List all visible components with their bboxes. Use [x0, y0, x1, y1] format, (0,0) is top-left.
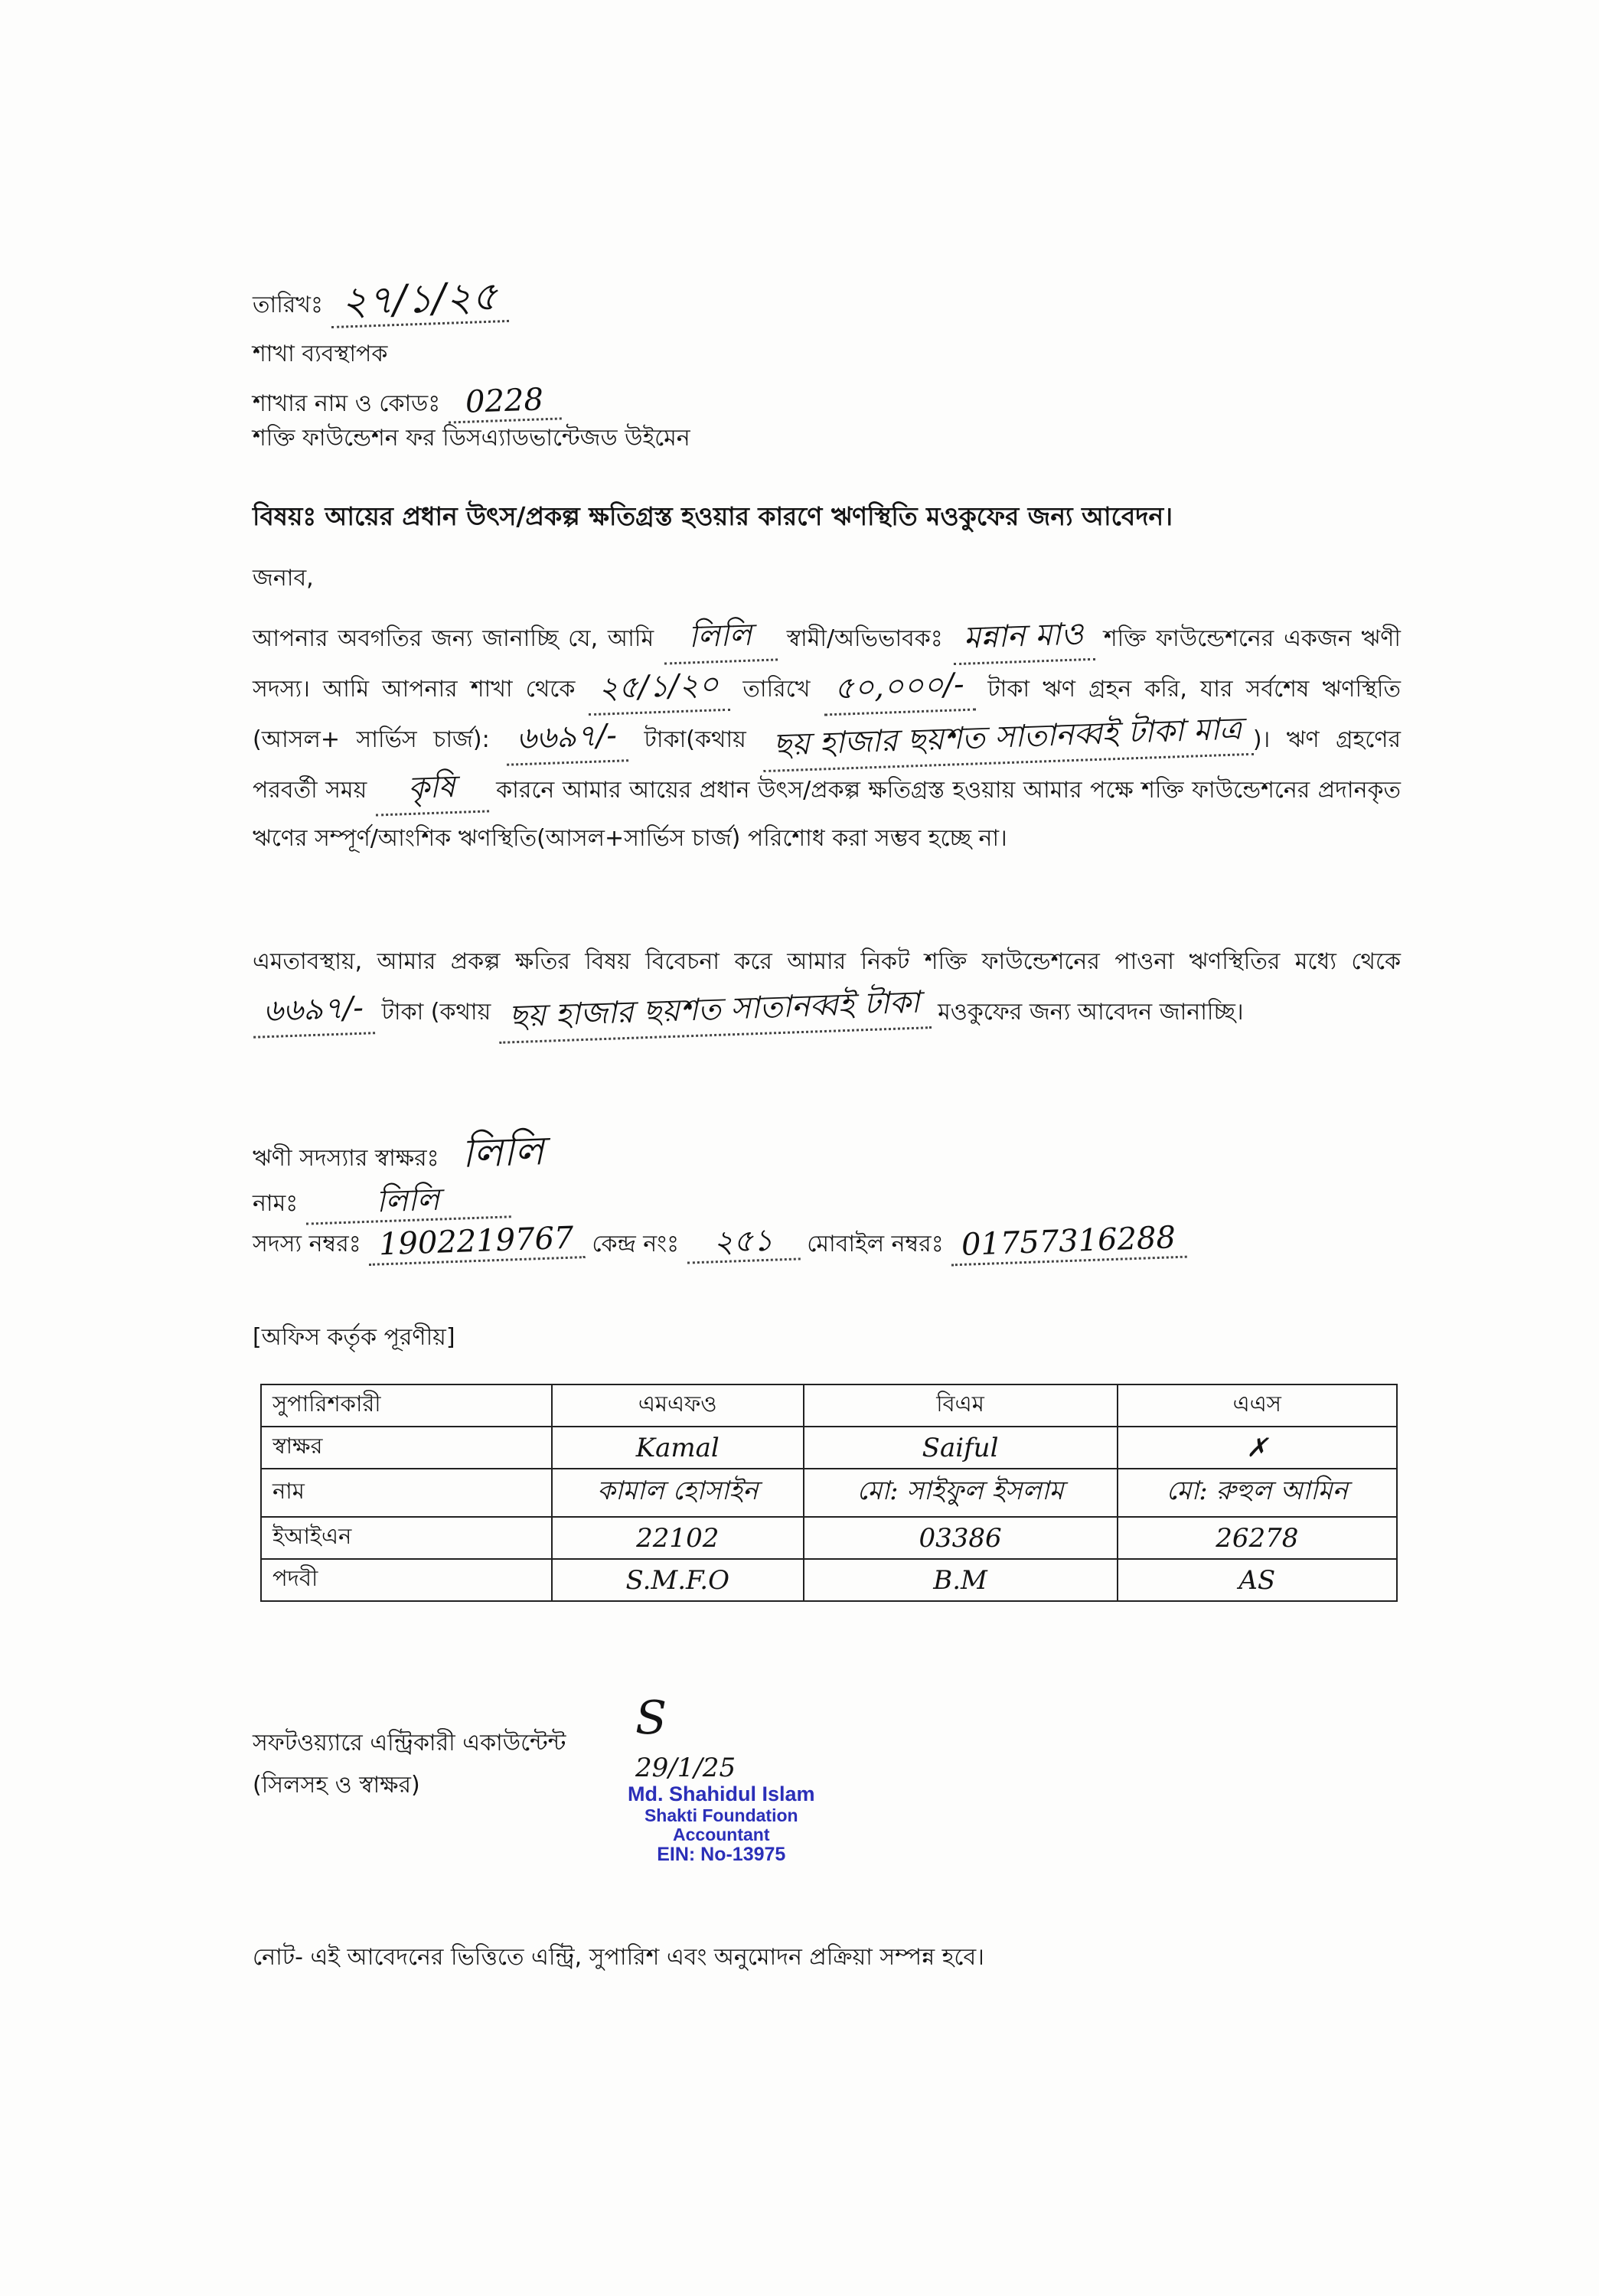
table-cell: B.M	[804, 1559, 1118, 1601]
guardian-label: স্বামী/অভিভাবকঃ	[787, 625, 943, 652]
table-cell: Saiful	[804, 1427, 1118, 1469]
subject-line: বিষয়ঃ আয়ের প্রধান উৎস/প্রকল্প ক্ষতিগ্র…	[253, 501, 1173, 532]
loan-amount-field: ৫০,০০০/-	[822, 660, 975, 716]
header-cell: এমএফও	[552, 1384, 804, 1427]
branch-label: শাখার নাম ও কোডঃ	[253, 390, 440, 417]
accountant-stamp: Md. Shahidul Islam Shakti Foundation Acc…	[628, 1783, 815, 1866]
table-cell: ✗	[1118, 1427, 1397, 1469]
addressee: শাখা ব্যবস্থাপক	[253, 341, 387, 368]
row-label: নাম	[261, 1469, 552, 1517]
header-cell: বিএম	[804, 1384, 1118, 1427]
table-cell: Kamal	[552, 1427, 804, 1469]
table-cell: 03386	[804, 1517, 1118, 1559]
row-label: পদবী	[261, 1559, 552, 1601]
row-label: ইআইএন	[261, 1517, 552, 1559]
branch-code: 0228	[447, 380, 562, 423]
table-cell: কামাল হোসাইন	[552, 1469, 804, 1517]
document-page: তারিখঃ ২৭/১/২৫ শাখা ব্যবস্থাপক শাখার নাম…	[0, 0, 1599, 2296]
member-name-field: লিলি	[663, 610, 778, 664]
waiver-taka-label: টাকা (কথায়	[382, 999, 491, 1026]
branch-line: শাখার নাম ও কোডঃ 0228	[253, 383, 561, 422]
office-use-table: সুপারিশকারী এমএফও বিএম এএস স্বাক্ষর Kama…	[260, 1384, 1398, 1602]
header-cell: সুপারিশকারী	[261, 1384, 552, 1427]
table-header-row: সুপারিশকারী এমএফও বিএম এএস	[261, 1384, 1397, 1427]
loss-cause-field: কৃষি	[374, 762, 489, 816]
organization-name: শক্তি ফাউন্ডেশন ফর ডিসএ্যাডভান্টেজড উইমে…	[253, 425, 690, 452]
center-label: কেন্দ্র নংঃ	[592, 1231, 679, 1257]
body-paragraph-1: আপনার অবগতির জন্য জানাচ্ছি যে, আমি লিলি …	[253, 612, 1401, 863]
accountant-sub-label: (সিলসহ ও স্বাক্ষর)	[253, 1772, 420, 1799]
date-line: তারিখঃ ২৭/১/২৫	[253, 276, 508, 325]
table-cell: S.M.F.O	[552, 1559, 804, 1601]
guardian-name-field: মন্নান মাও	[951, 610, 1095, 665]
date-value: ২৭/১/২৫	[329, 272, 508, 328]
accountant-sign-date: 29/1/25	[635, 1753, 736, 1783]
taka-words-label: টাকা(কথায়	[644, 726, 746, 753]
table-row: পদবী S.M.F.O B.M AS	[261, 1559, 1397, 1601]
accountant-label: সফটওয়্যারে এন্ট্রিকারী একাউন্টেন্ট	[253, 1730, 566, 1757]
waiver-words-field: ছয় হাজার ছয়শত সাতানব্বই টাকা	[498, 978, 932, 1044]
accountant-signature: S	[635, 1691, 667, 1745]
member-no-label: সদস্য নম্বরঃ	[253, 1231, 361, 1257]
member-name-label: নামঃ	[253, 1190, 298, 1217]
stamp-org: Shakti Foundation	[628, 1806, 815, 1825]
table-cell: মো: রুহুল আমিন	[1118, 1469, 1397, 1517]
office-use-title: [অফিস কর্তৃক পূরণীয়]	[253, 1324, 455, 1352]
header-cell: এএস	[1118, 1384, 1397, 1427]
date-label: তারিখঃ	[253, 292, 323, 318]
table-row: স্বাক্ষর Kamal Saiful ✗	[261, 1427, 1397, 1469]
member-signature: লিলি	[445, 1127, 560, 1179]
member-name-line: নামঃ লিলি	[253, 1182, 511, 1221]
table-row: ইআইএন 22102 03386 26278	[261, 1517, 1397, 1559]
table-cell: AS	[1118, 1559, 1397, 1601]
footer-note: নোট- এই আবেদনের ভিত্তিতে এন্ট্রি, সুপারি…	[253, 1944, 984, 1971]
waiver-intro-text: এমতাবস্থায়, আমার প্রকল্প ক্ষতির বিষয় ব…	[253, 948, 1401, 975]
intro-text: আপনার অবগতির জন্য জানাচ্ছি যে, আমি	[253, 625, 654, 652]
table-row: নাম কামাল হোসাইন মো: সাইফুল ইসলাম মো: রু…	[261, 1469, 1397, 1517]
salutation: জনাব,	[253, 565, 314, 592]
member-signature-line: ঋণী সদস্যার স্বাক্ষরঃ লিলি	[253, 1129, 560, 1176]
waiver-end-text: মওকুফের জন্য আবেদন জানাচ্ছি।	[938, 999, 1244, 1026]
table-cell: 26278	[1118, 1517, 1397, 1559]
member-signature-label: ঋণী সদস্যার স্বাক্ষরঃ	[253, 1145, 439, 1172]
row-label: স্বাক্ষর	[261, 1427, 552, 1469]
mobile-value: 01757316288	[950, 1219, 1187, 1267]
member-details-line: সদস্য নম্বরঃ 1902219767 কেন্দ্র নংঃ ২৫১ …	[253, 1223, 1186, 1262]
mobile-label: মোবাইল নম্বরঃ	[807, 1231, 944, 1257]
table-cell: মো: সাইফুল ইসলাম	[804, 1469, 1118, 1517]
outstanding-amount-field: ৬৬৯৭/-	[505, 711, 628, 766]
stamp-name: Md. Shahidul Islam	[628, 1783, 815, 1806]
date-suffix: তারিখে	[742, 676, 810, 703]
stamp-ein: EIN: No-13975	[628, 1844, 815, 1866]
member-name-value: লিলি	[305, 1179, 511, 1225]
table-cell: 22102	[552, 1517, 804, 1559]
stamp-role: Accountant	[628, 1825, 815, 1844]
member-no-value: 1902219767	[367, 1219, 585, 1266]
loan-date-field: ২৫/১/২০	[587, 660, 730, 716]
center-no-value: ২৫১	[686, 1221, 801, 1264]
body-paragraph-2: এমতাবস্থায়, আমার প্রকল্প ক্ষতির বিষয় ব…	[253, 938, 1401, 1036]
waiver-amount-field: ৬৬৯৭/-	[252, 983, 375, 1039]
